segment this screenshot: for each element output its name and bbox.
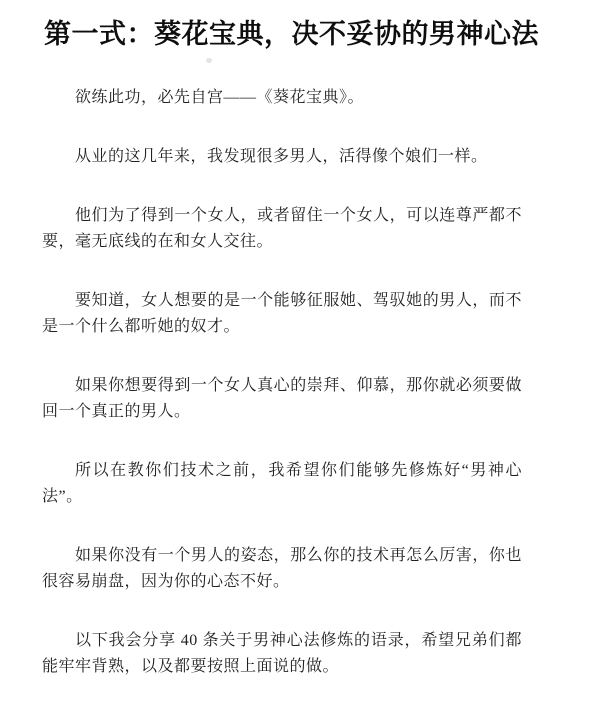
paragraph: 以下我会分享 40 条关于男神心法修炼的语录，希望兄弟们都能牢牢背熟，以及都要按…	[42, 628, 522, 680]
paragraph: 如果你没有一个男人的姿态，那么你的技术再怎么厉害，你也很容易崩盘，因为你的心态不…	[42, 543, 522, 595]
paragraph: 他们为了得到一个女人，或者留住一个女人，可以连尊严都不要，毫无底线的在和女人交往…	[42, 203, 522, 255]
page-title: 第一式：葵花宝典，决不妥协的男神心法	[0, 0, 600, 52]
paragraph: 从业的这几年来，我发现很多男人，活得像个娘们一样。	[42, 144, 522, 170]
paragraph: 如果你想要得到一个女人真心的崇拜、仰慕，那你就必须要做回一个真正的男人。	[42, 373, 522, 425]
paragraph: 所以在教你们技术之前，我希望你们能够先修炼好“男神心法”。	[42, 458, 522, 510]
paragraph: 要知道，女人想要的是一个能够征服她、驾驭她的男人，而不是一个什么都听她的奴才。	[42, 288, 522, 340]
document-body: 欲练此功，必先自宫——《葵花宝典》。 从业的这几年来，我发现很多男人，活得像个娘…	[42, 85, 522, 680]
scan-artifact-dot	[206, 58, 212, 63]
document-page: 第一式：葵花宝典，决不妥协的男神心法 欲练此功，必先自宫——《葵花宝典》。 从业…	[0, 0, 600, 704]
paragraph: 欲练此功，必先自宫——《葵花宝典》。	[42, 85, 522, 111]
